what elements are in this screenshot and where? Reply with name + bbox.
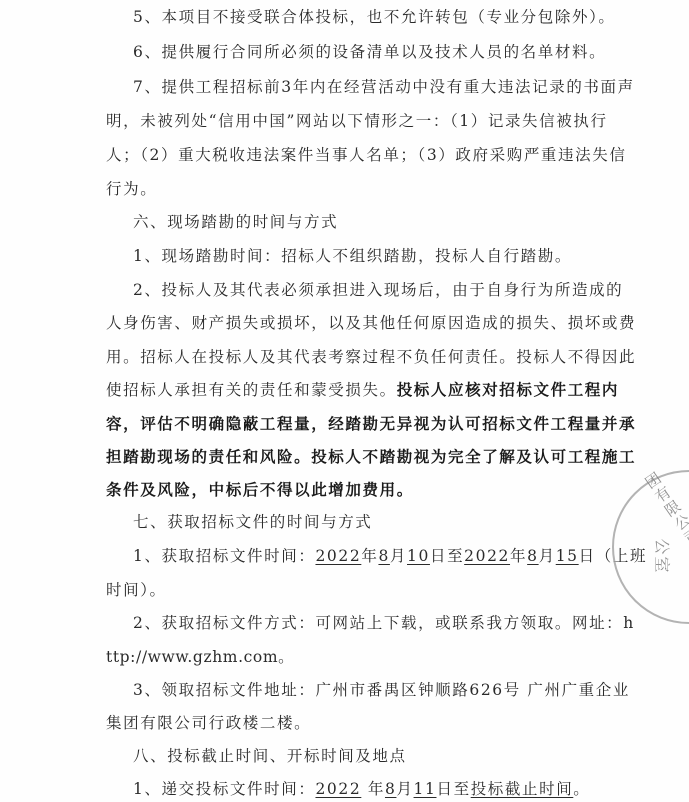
site-visit-time: 1、现场踏勘时间：招标人不组织踏勘，投标人自行踏勘。 — [133, 246, 572, 266]
day-unit: 日 — [430, 547, 447, 565]
end-day: 15 — [556, 547, 579, 565]
site-visit-bold-line-1: 容，评估不明确隐蔽工程量，经踏勘无异视为认可招标文件工程量并承 — [106, 414, 636, 434]
bid-submit-time: 1、递交投标文件时间：2022 年8月11日至投标截止时间。 — [133, 779, 590, 799]
clause-6: 6、提供履行合同所必须的设备清单以及技术人员的名单材料。 — [133, 42, 606, 62]
clause-7-line-4: 行为。 — [106, 179, 157, 199]
start-year: 2022 — [315, 547, 361, 565]
site-visit-liability-line-4: 使招标人承担有关的责任和蒙受损失。投标人应核对招标文件工程内 — [106, 380, 619, 400]
website-url: ttp://www.gzhm.com。 — [106, 647, 294, 667]
day-unit: 日 — [579, 547, 596, 565]
doc-fetch-time-cont: 时间）。 — [106, 580, 167, 600]
bid-month: 8 — [385, 780, 396, 798]
doc-fetch-time: 1、获取招标文件时间：2022年8月10日至2022年8月15日（上班 — [133, 546, 647, 566]
year-unit: 年 — [368, 780, 385, 798]
year-unit: 年 — [361, 547, 378, 565]
day-unit-to: 日至 — [436, 780, 470, 798]
doc-fetch-address-line-2: 集团有限公司行政楼二楼。 — [106, 713, 311, 733]
clause-7-line-1: 7、提供工程招标前3年内在经营活动中没有重大违法记录的书面声 — [133, 77, 635, 97]
section-6-heading: 六、现场踏勘的时间与方式 — [133, 212, 338, 232]
to-word: 至 — [447, 547, 464, 565]
month-unit: 月 — [390, 547, 407, 565]
end-year: 2022 — [464, 547, 510, 565]
start-day: 10 — [407, 547, 430, 565]
section-7-heading: 七、获取招标文件的时间与方式 — [133, 512, 372, 532]
clause-5: 5、本项目不接受联合体投标，也不允许转包（专业分包除外）。 — [133, 7, 616, 27]
site-visit-liability-line-3: 用。招标人在投标人及其代表考察过程不负任何责任。投标人不得因此 — [106, 347, 636, 367]
site-visit-bold-line-3: 条件及风险，中标后不得以此增加费用。 — [106, 480, 414, 500]
bid-submit-suffix: 。 — [573, 780, 590, 798]
bold-verification-text: 投标人应核对招标文件工程内 — [397, 380, 619, 399]
clause-7-line-2: 明，未被列处“信用中国”网站以下情形之一：（1）记录失信被执行 — [106, 111, 608, 131]
site-visit-bold-line-2: 担踏勘现场的责任和风险。投标人不踏勘视为完全了解及认可工程施工 — [106, 447, 636, 467]
bid-submit-prefix: 1、递交投标文件时间： — [133, 780, 315, 798]
site-visit-liability-line-2: 人身伤害、财产损失或损坏，以及其他任何原因造成的损失、损坏或费 — [106, 313, 636, 333]
bid-day: 11 — [414, 780, 437, 798]
doc-fetch-method: 2、获取招标文件方式：可网站上下载，或联系我方领取。网址：h — [133, 613, 635, 633]
clause-7-line-3: 人；（2）重大税收违法案件当事人名单；（3）政府采购严重违法失信 — [106, 145, 626, 165]
doc-fetch-prefix: 1、获取招标文件时间： — [133, 547, 315, 565]
site-visit-liability-line-1: 2、投标人及其代表必须承担进入现场后，由于自身行为所造成的 — [133, 280, 623, 300]
start-month: 8 — [378, 547, 389, 565]
doc-fetch-address-line-1: 3、领取招标文件地址：广州市番禺区钟顺路626号 广州广重企业 — [133, 680, 630, 700]
liability-text: 使招标人承担有关的责任和蒙受损失。 — [106, 381, 397, 399]
month-unit: 月 — [396, 780, 413, 798]
section-8-heading: 八、投标截止时间、开标时间及地点 — [133, 746, 407, 766]
scanned-document-page: 5、本项目不接受联合体投标，也不允许转包（专业分包除外）。 6、提供履行合同所必… — [0, 0, 689, 802]
year-unit: 年 — [510, 547, 527, 565]
bid-year: 2022 — [315, 780, 361, 798]
seal-inner-text: 公室 — [652, 538, 675, 574]
month-unit: 月 — [539, 547, 556, 565]
bid-deadline: 投标截止时间 — [471, 780, 574, 798]
end-month: 8 — [527, 547, 538, 565]
